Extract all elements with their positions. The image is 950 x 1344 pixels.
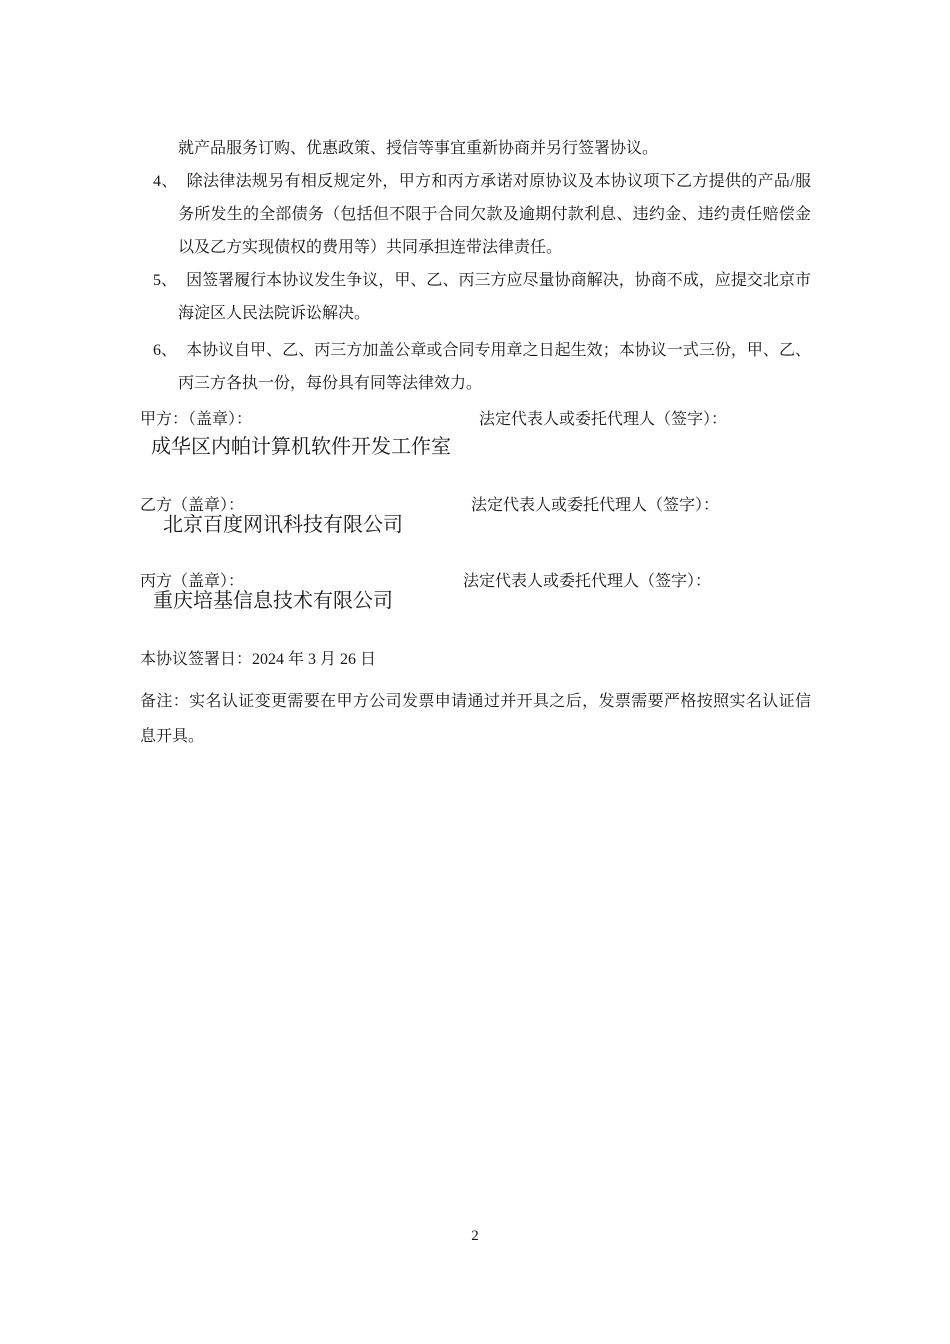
clause-4-text: 除法律法规另有相反规定外，甲方和丙方承诺对原协议及本协议项下乙方提供的产品/服 <box>187 173 811 190</box>
clause-4-line-2: 务所发生的全部债务（包括但不限于合同欠款及逾期付款利息、违约金、违约责任赔偿金 <box>178 205 811 225</box>
contract-page: 就产品服务订购、优惠政策、授信等事宜重新协商并另行签署协议。 4、除法律法规另有… <box>0 0 950 1344</box>
clause-5-text: 因签署履行本协议发生争议，甲、乙、丙三方应尽量协商解决，协商不成，应提交北京市 <box>186 272 811 289</box>
party-a-representative-label: 法定代表人或委托代理人（签字）： <box>479 410 727 430</box>
clause-5-line-1: 5、因签署履行本协议发生争议，甲、乙、丙三方应尽量协商解决，协商不成，应提交北京… <box>153 271 811 291</box>
remark-line-1: 备注：实名认证变更需要在甲方公司发票申请通过并开具之后，发票需要严格按照实名认证… <box>140 692 811 712</box>
party-b-representative-label: 法定代表人或委托代理人（签字）： <box>471 496 719 516</box>
party-c-company-name: 重庆培基信息技术有限公司 <box>153 589 393 613</box>
clause-6-line-2: 丙三方各执一份，每份具有同等法律效力。 <box>178 374 482 394</box>
party-b-company-name: 北京百度网讯科技有限公司 <box>163 513 403 537</box>
clause-4-line-1: 4、除法律法规另有相反规定外，甲方和丙方承诺对原协议及本协议项下乙方提供的产品/… <box>153 172 811 192</box>
clause-6-line-1: 6、本协议自甲、乙、丙三方加盖公章或合同专用章之日起生效；本协议一式三份，甲、乙… <box>153 341 811 361</box>
clause-6-text: 本协议自甲、乙、丙三方加盖公章或合同专用章之日起生效；本协议一式三份，甲、乙、 <box>186 342 811 359</box>
clause-4-number: 4、 <box>153 173 178 190</box>
clause-6-number: 6、 <box>153 342 177 359</box>
party-a-seal-label: 甲方：（盖章）： <box>140 410 252 430</box>
clause-5-line-2: 海淀区人民法院诉讼解决。 <box>178 304 370 324</box>
clause-continuation-line: 就产品服务订购、优惠政策、授信等事宜重新协商并另行签署协议。 <box>178 139 658 159</box>
clause-5-number: 5、 <box>153 272 177 289</box>
party-c-representative-label: 法定代表人或委托代理人（签字）： <box>463 572 711 592</box>
sign-date-line: 本协议签署日：2024 年 3 月 26 日 <box>140 650 376 670</box>
remark-line-2: 息开具。 <box>140 727 204 747</box>
clause-4-line-3: 以及乙方实现债权的费用等）共同承担连带法律责任。 <box>178 238 562 258</box>
page-number: 2 <box>0 1228 950 1245</box>
party-a-company-name: 成华区内帕计算机软件开发工作室 <box>151 435 451 459</box>
